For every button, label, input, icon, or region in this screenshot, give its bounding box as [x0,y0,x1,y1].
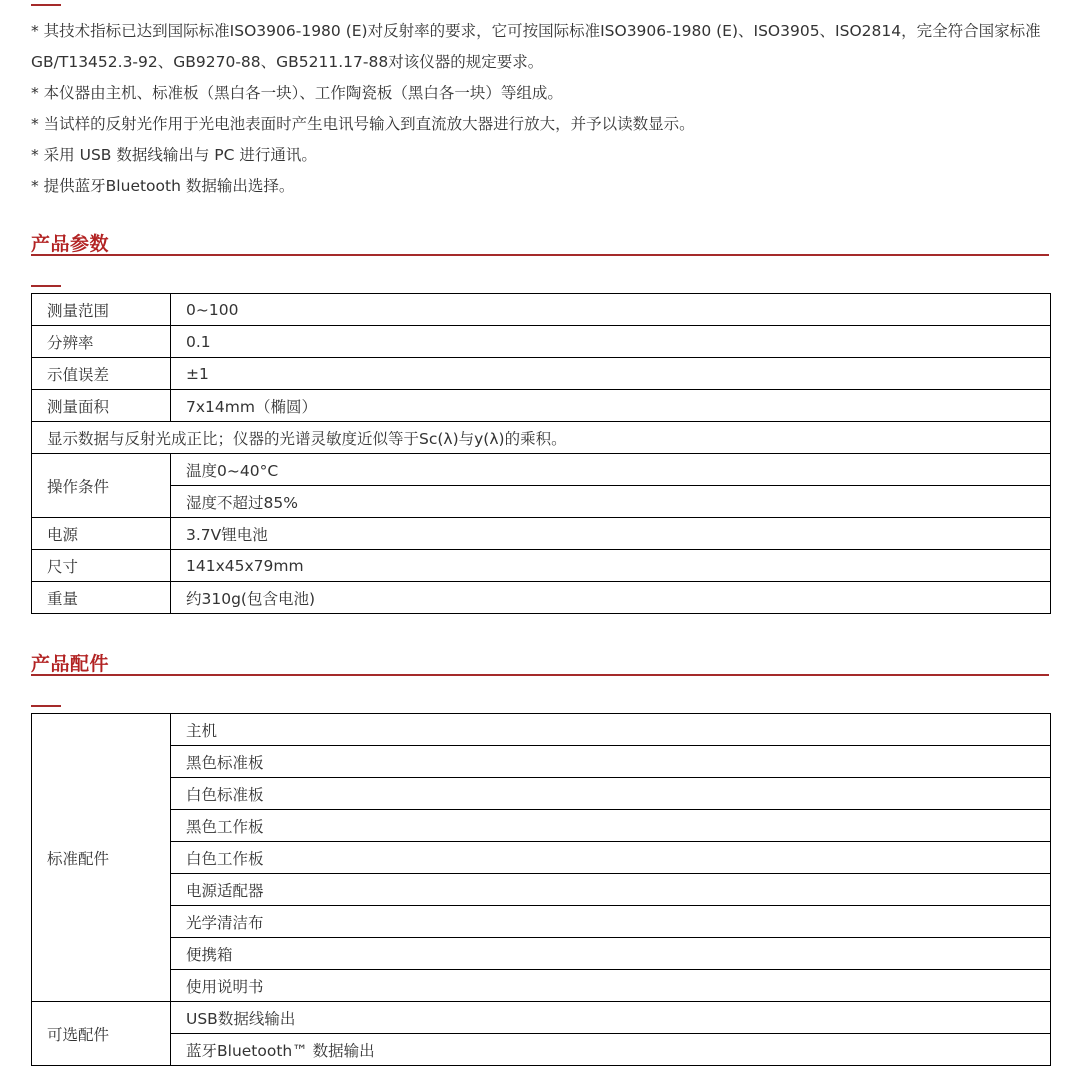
table-row: 使用说明书 [32,970,1051,1002]
table-row: 分辨率 0.1 [32,326,1051,358]
section-divider [31,674,1049,676]
table-row: 蓝牙Bluetooth™ 数据输出 [32,1034,1051,1066]
params-section-title: 产品参数 [31,232,109,256]
feature-item: * 其技术指标已达到国际标准ISO3906-1980 (E)对反射率的要求，它可… [31,16,1056,78]
table-row: 重量 约310g(包含电池) [32,582,1051,614]
table-row: 黑色标准板 [32,746,1051,778]
accessories-section-title: 产品配件 [31,652,109,676]
param-label: 分辨率 [32,326,171,358]
section-accent-dash [31,705,61,707]
param-value: 湿度不超过85% [171,486,1051,518]
table-row: 白色标准板 [32,778,1051,810]
table-row: 湿度不超过85% [32,486,1051,518]
table-row: 黑色工作板 [32,810,1051,842]
param-value: 7x14mm（椭圆） [171,390,1051,422]
table-row: 显示数据与反射光成正比；仪器的光谱灵敏度近似等于Sc(λ)与y(λ)的乘积。 [32,422,1051,454]
top-accent-dash [31,4,61,6]
param-label: 测量范围 [32,294,171,326]
param-value: 0.1 [171,326,1051,358]
feature-list: * 其技术指标已达到国际标准ISO3906-1980 (E)对反射率的要求，它可… [31,16,1056,202]
param-value: 3.7V锂电池 [171,518,1051,550]
param-value: 温度0~40°C [171,454,1051,486]
accessory-item: 主机 [171,714,1051,746]
accessory-group-label: 可选配件 [32,1002,171,1066]
table-row: 测量范围 0~100 [32,294,1051,326]
feature-item: * 本仪器由主机、标准板（黑白各一块）、工作陶瓷板（黑白各一块）等组成。 [31,78,1056,109]
table-row: 可选配件 USB数据线输出 [32,1002,1051,1034]
table-row: 光学清洁布 [32,906,1051,938]
feature-item: * 当试样的反射光作用于光电池表面时产生电讯号输入到直流放大器进行放大，并予以读… [31,109,1056,140]
feature-item: * 提供蓝牙Bluetooth 数据输出选择。 [31,171,1056,202]
param-label: 电源 [32,518,171,550]
accessory-group-label: 标准配件 [32,714,171,1002]
accessory-item: 黑色标准板 [171,746,1051,778]
accessory-item: 黑色工作板 [171,810,1051,842]
params-section-header: 产品参数 [31,226,1049,256]
param-value: 0~100 [171,294,1051,326]
table-row: 尺寸 141x45x79mm [32,550,1051,582]
table-row: 电源适配器 [32,874,1051,906]
accessory-item: 使用说明书 [171,970,1051,1002]
accessory-item: 蓝牙Bluetooth™ 数据输出 [171,1034,1051,1066]
accessory-item: 白色标准板 [171,778,1051,810]
accessories-section-header: 产品配件 [31,646,1049,676]
param-label: 示值误差 [32,358,171,390]
section-accent-dash [31,285,61,287]
param-value: ±1 [171,358,1051,390]
section-divider [31,254,1049,256]
accessory-item: 便携箱 [171,938,1051,970]
table-row: 测量面积 7x14mm（椭圆） [32,390,1051,422]
param-value: 约310g(包含电池) [171,582,1051,614]
table-row: 便携箱 [32,938,1051,970]
param-label: 重量 [32,582,171,614]
table-row: 电源 3.7V锂电池 [32,518,1051,550]
table-row: 操作条件 温度0~40°C [32,454,1051,486]
params-table: 测量范围 0~100 分辨率 0.1 示值误差 ±1 测量面积 7x14mm（椭… [31,293,1051,614]
param-value: 141x45x79mm [171,550,1051,582]
accessory-item: 电源适配器 [171,874,1051,906]
param-label: 操作条件 [32,454,171,518]
table-row: 白色工作板 [32,842,1051,874]
param-label: 测量面积 [32,390,171,422]
accessories-table: 标准配件 主机 黑色标准板 白色标准板 黑色工作板 白色工作板 电源适配器 光学… [31,713,1051,1066]
table-row: 示值误差 ±1 [32,358,1051,390]
accessory-item: 光学清洁布 [171,906,1051,938]
param-note: 显示数据与反射光成正比；仪器的光谱灵敏度近似等于Sc(λ)与y(λ)的乘积。 [32,422,1051,454]
param-label: 尺寸 [32,550,171,582]
accessory-item: 白色工作板 [171,842,1051,874]
accessory-item: USB数据线输出 [171,1002,1051,1034]
table-row: 标准配件 主机 [32,714,1051,746]
feature-item: * 采用 USB 数据线输出与 PC 进行通讯。 [31,140,1056,171]
